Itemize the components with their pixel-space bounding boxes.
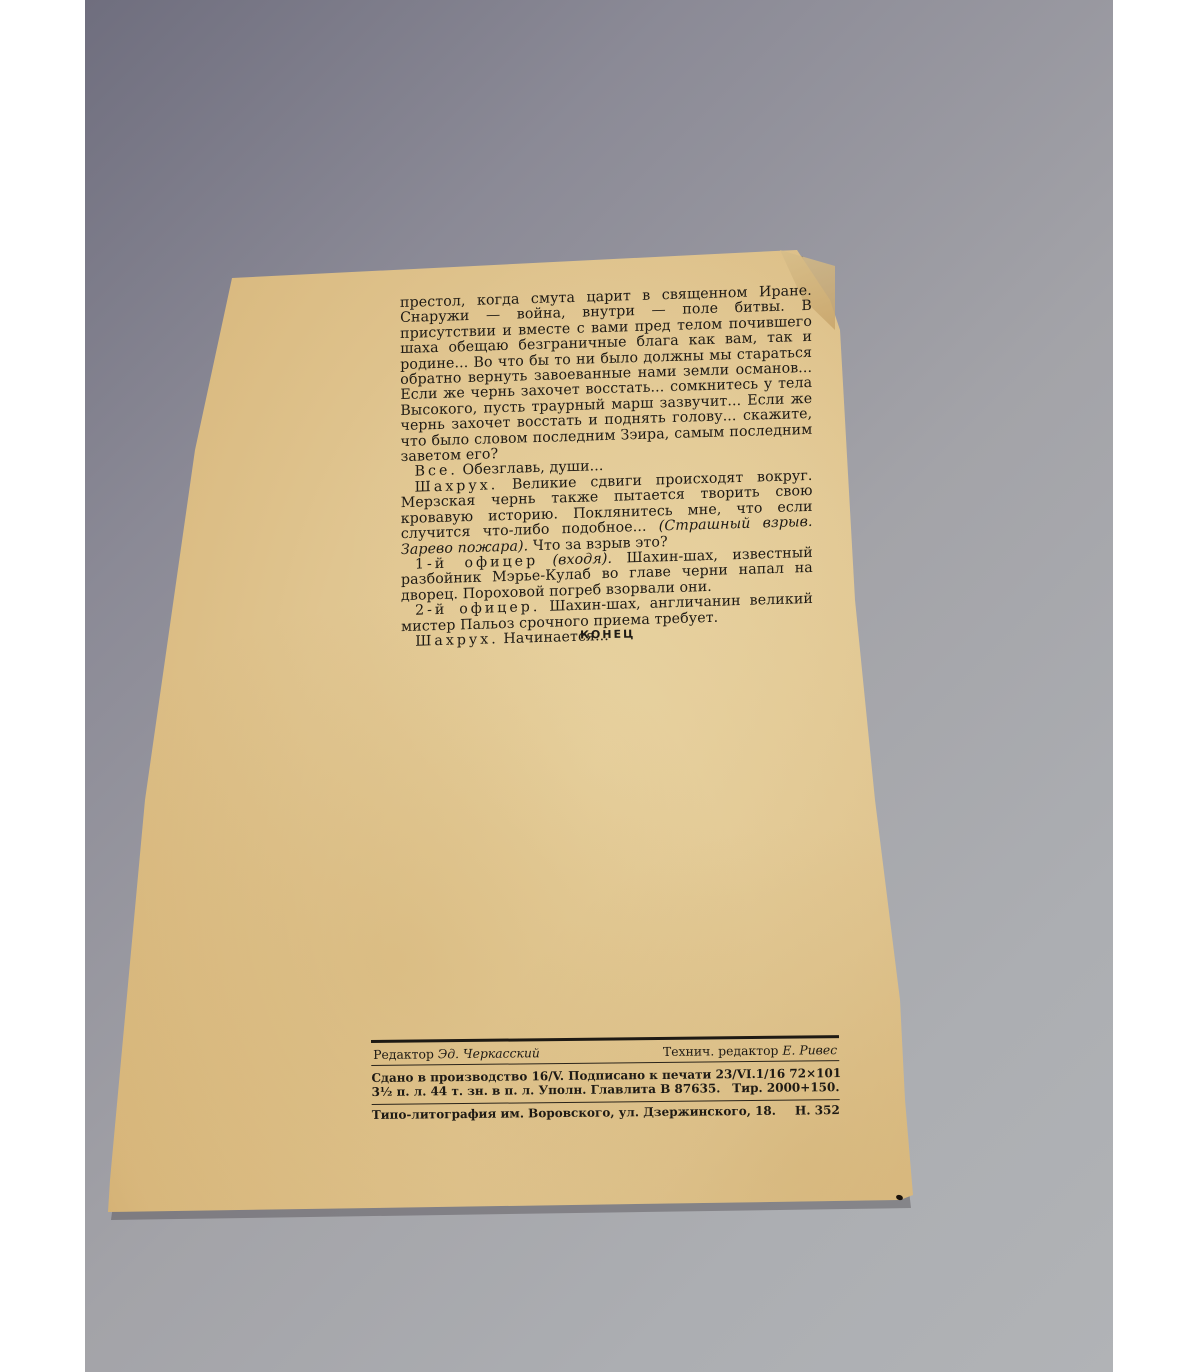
tech-editor-label: Технич. редактор <box>663 1043 779 1059</box>
editors-row: Редактор Эд. Черкасский Технич. редактор… <box>371 1042 839 1062</box>
imprint-block: Сдано в производство 16/V. Подписано к п… <box>371 1064 839 1101</box>
sheets-censor: 3½ п. л. 44 т. зн. в п. л. Уполн. Главли… <box>371 1081 720 1099</box>
tech-editor-credit: Технич. редактор Е. Ривес <box>663 1043 837 1059</box>
order-number: Н. 352 <box>795 1103 840 1117</box>
play-text: престол, когда смута царит в священном И… <box>400 284 813 651</box>
printer-address: Типо-литография им. Воровского, ул. Дзер… <box>372 1104 776 1122</box>
editor-label: Редактор <box>373 1046 434 1062</box>
colophon: Редактор Эд. Черкасский Технич. редактор… <box>371 1035 840 1122</box>
end-title: КОНЕЦ <box>580 628 635 642</box>
editor-name: Эд. Черкасский <box>438 1045 540 1061</box>
ink-stain <box>895 1194 903 1201</box>
divider-thick <box>371 1035 839 1043</box>
paragraph-monologue: престол, когда смута царит в священном И… <box>400 284 812 466</box>
format-spec: 1/16 72×101 <box>756 1066 842 1081</box>
tech-editor-name: Е. Ривес <box>782 1042 837 1058</box>
speaker-name: Шахрух. <box>415 631 499 649</box>
print-run: Тир. 2000+150. <box>732 1080 839 1095</box>
page-content: престол, когда смута царит в священном И… <box>0 0 1200 1372</box>
paragraph-text: престол, когда смута царит в священном И… <box>400 283 812 465</box>
editor-credit: Редактор Эд. Черкасский <box>373 1046 540 1062</box>
printer-row: Типо-литография им. Воровского, ул. Дзер… <box>372 1103 840 1122</box>
paragraph-shahrukh: Шахрух. Великие сдвиги происходят вокруг… <box>401 469 813 558</box>
